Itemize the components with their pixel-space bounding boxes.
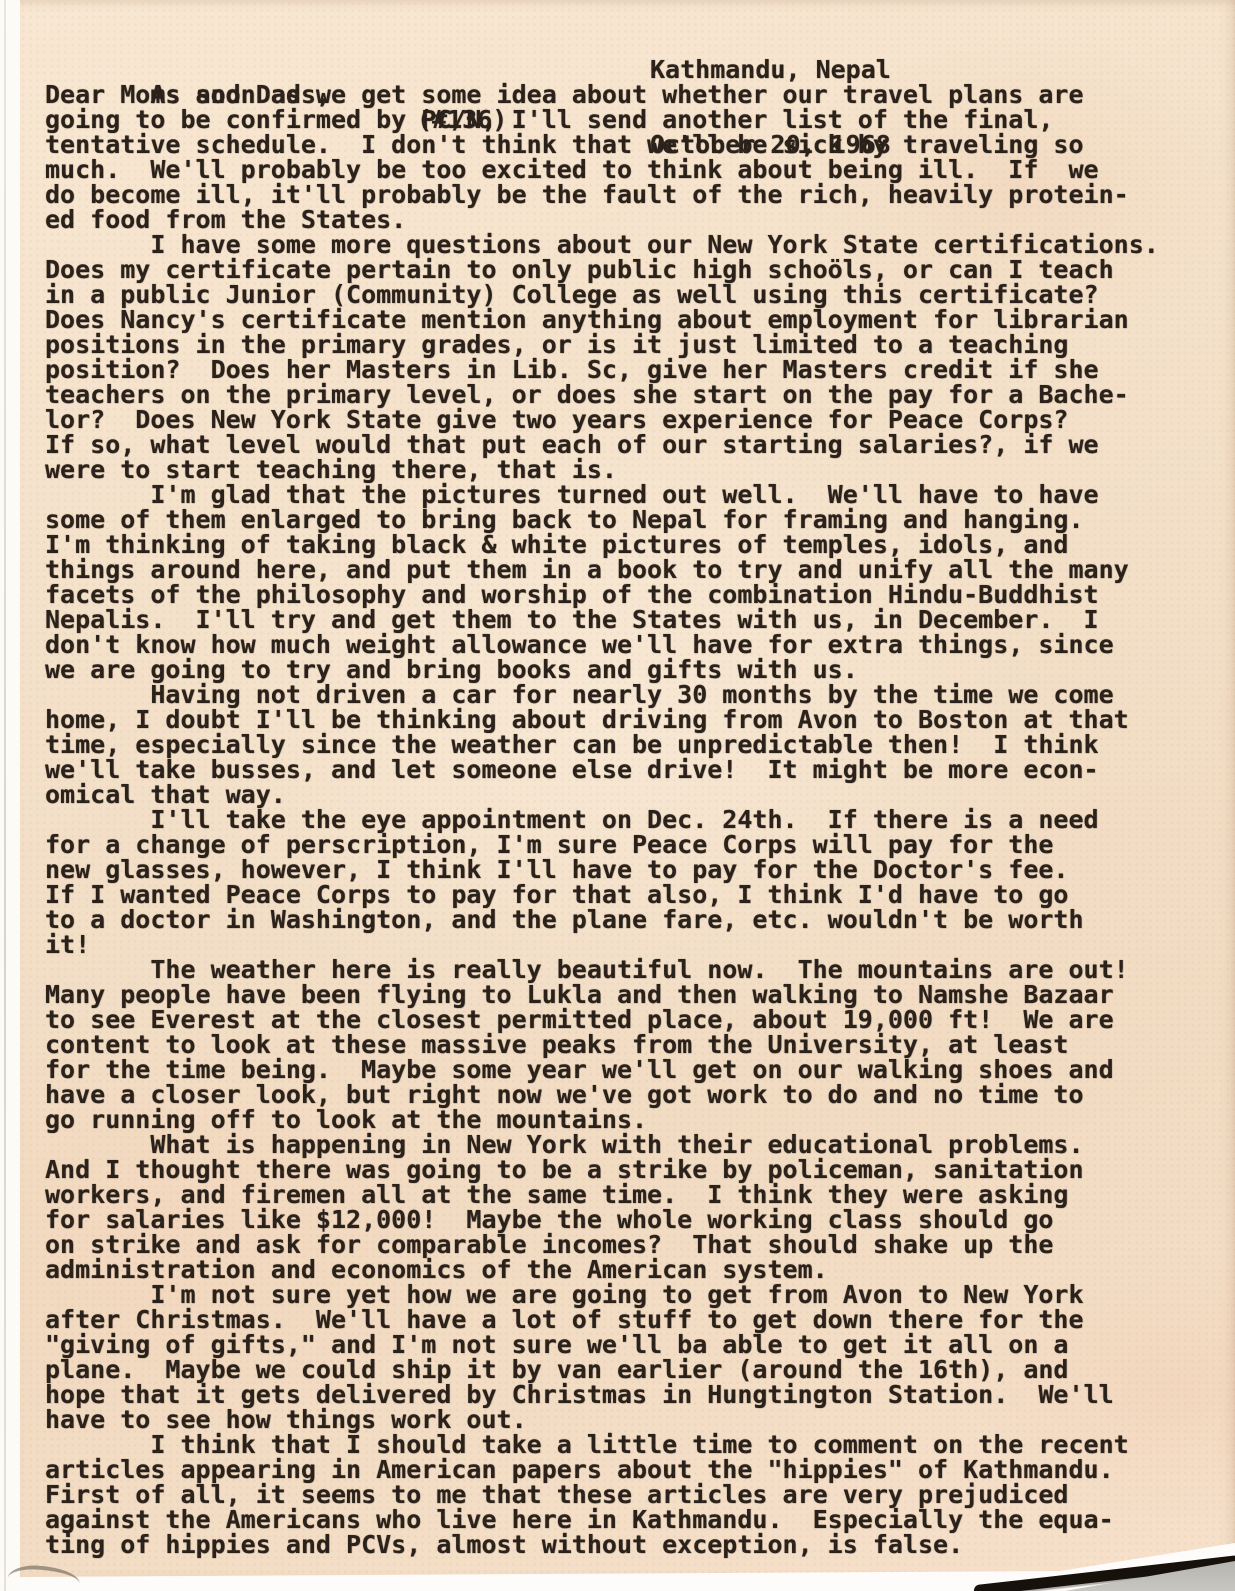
letter-line: omical that way. (45, 782, 1231, 807)
letter-line: Having not driven a car for nearly 30 mo… (45, 682, 1231, 707)
letter-line: position? Does her Masters in Lib. Sc, g… (45, 357, 1231, 382)
letter-line: have a closer look, but right now we've … (45, 1082, 1231, 1107)
letter-line: positions in the primary grades, or is i… (45, 332, 1231, 357)
letter-salutation: Dear Moms and Dads, (45, 82, 331, 107)
letter-line: go running off to look at the mountains. (45, 1107, 1231, 1132)
letter-line: have to see how things work out. (45, 1407, 1231, 1432)
letter-line: Many people have been flying to Lukla an… (45, 982, 1231, 1007)
letter-paper: Kathmandu, Nepal Dear Moms and Dads, (#1… (20, 0, 1235, 1577)
letter-line: teachers on the primary level, or does s… (45, 382, 1231, 407)
letter-line: Does Nancy's certificate mention anythin… (45, 307, 1231, 332)
letter-line: ting of hippies and PCVs, almost without… (45, 1532, 1231, 1557)
scanned-page: Kathmandu, Nepal Dear Moms and Dads, (#1… (0, 0, 1235, 1591)
letter-line: things around here, and put them in a bo… (45, 557, 1231, 582)
letter-line: articles appearing in American papers ab… (45, 1457, 1231, 1482)
letter-line: The weather here is really beautiful now… (45, 957, 1231, 982)
letter-line: on strike and ask for comparable incomes… (45, 1232, 1231, 1257)
letter-line: some of them enlarged to bring back to N… (45, 507, 1231, 532)
letter-body: As soon as we get some idea about whethe… (45, 82, 1231, 1557)
letter-line: time, especially since the weather can b… (45, 732, 1231, 757)
letter-line: to a doctor in Washington, and the plane… (45, 907, 1231, 932)
letter-line: after Christmas. We'll have a lot of stu… (45, 1307, 1231, 1332)
letter-line: for salaries like $12,000! Maybe the who… (45, 1207, 1231, 1232)
scanner-margin-left (0, 0, 20, 1591)
letter-line: in a public Junior (Community) College a… (45, 282, 1231, 307)
letter-line: plane. Maybe we could ship it by van ear… (45, 1357, 1231, 1382)
letter-line: going to be confirmed by PC/N, I'll send… (45, 107, 1231, 132)
letter-line: hope that it gets delivered by Christmas… (45, 1382, 1231, 1407)
letter-line: do become ill, it'll probably be the fau… (45, 182, 1231, 207)
letter-text: Kathmandu, Nepal Dear Moms and Dads, (#1… (45, 32, 1231, 1557)
letter-line: I'm glad that the pictures turned out we… (45, 482, 1231, 507)
letter-line: content to look at these massive peaks f… (45, 1032, 1231, 1057)
letter-line: I have some more questions about our New… (45, 232, 1231, 257)
letter-line: workers, and firemen all at the same tim… (45, 1182, 1231, 1207)
letter-number: (#136) (417, 107, 507, 132)
letter-line: I'm not sure yet how we are going to get… (45, 1282, 1231, 1307)
letter-line: Nepalis. I'll try and get them to the St… (45, 607, 1231, 632)
letter-date: October 20, 1968 (650, 132, 891, 157)
letter-line: against the Americans who live here in K… (45, 1507, 1231, 1532)
letter-line: lor? Does New York State give two years … (45, 407, 1231, 432)
letter-line: we'll take busses, and let someone else … (45, 757, 1231, 782)
letter-line: facets of the philosophy and worship of … (45, 582, 1231, 607)
letter-line: we are going to try and bring books and … (45, 657, 1231, 682)
letter-place-line: Kathmandu, Nepal (45, 32, 1231, 57)
letter-header-line: Dear Moms and Dads, (#136) October 20, 1… (45, 57, 1231, 82)
letter-line: administration and economics of the Amer… (45, 1257, 1231, 1282)
letter-line: much. We'll probably be too excited to t… (45, 157, 1231, 182)
letter-line: I think that I should take a little time… (45, 1432, 1231, 1457)
letter-line: First of all, it seems to me that these … (45, 1482, 1231, 1507)
letter-line: it! (45, 932, 1231, 957)
letter-line: "giving of gifts," and I'm not sure we'l… (45, 1332, 1231, 1357)
letter-line: I'm thinking of taking black & white pic… (45, 532, 1231, 557)
letter-line: Does my certificate pertain to only publ… (45, 257, 1231, 282)
letter-line: to see Everest at the closest permitted … (45, 1007, 1231, 1032)
letter-line: ed food from the States. (45, 207, 1231, 232)
letter-line: If I wanted Peace Corps to pay for that … (45, 882, 1231, 907)
letter-line: home, I doubt I'll be thinking about dri… (45, 707, 1231, 732)
letter-line: were to start teaching there, that is. (45, 457, 1231, 482)
letter-line: new glasses, however, I think I'll have … (45, 857, 1231, 882)
letter-line: don't know how much weight allowance we'… (45, 632, 1231, 657)
letter-line: tentative schedule. I don't think that w… (45, 132, 1231, 157)
letter-line: And I thought there was going to be a st… (45, 1157, 1231, 1182)
letter-line: for a change of perscription, I'm sure P… (45, 832, 1231, 857)
letter-line: If so, what level would that put each of… (45, 432, 1231, 457)
letter-line: I'll take the eye appointment on Dec. 24… (45, 807, 1231, 832)
letter-line: What is happening in New York with their… (45, 1132, 1231, 1157)
letter-line: for the time being. Maybe some year we'l… (45, 1057, 1231, 1082)
